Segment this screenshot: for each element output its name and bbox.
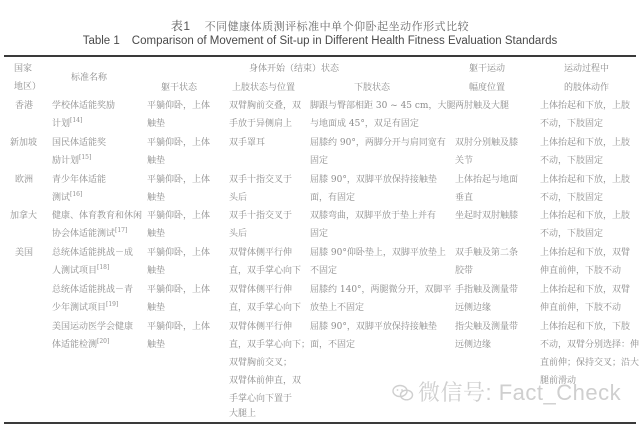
header-country-line1: 国家 <box>14 60 32 78</box>
cell-torso: 触垫 <box>147 115 165 133</box>
cell-motion: 不动，下肢固定 <box>540 152 603 170</box>
cell-lower: 不固定 <box>310 262 337 280</box>
cell-country: 美国 <box>15 244 33 262</box>
table-number-en: Table 1 <box>83 35 120 47</box>
cell-upper: 大腿上 <box>229 405 256 423</box>
cell-standard: 少年测试项目[19] <box>52 299 118 317</box>
reference-marker: [15] <box>79 154 91 161</box>
cell-country: 新加坡 <box>10 134 37 152</box>
cell-upper: 头后 <box>229 225 247 243</box>
cell-torso: 触垫 <box>147 225 165 243</box>
top-rule <box>4 55 636 57</box>
cell-motion: 不动，下肢固定 <box>540 115 603 133</box>
cell-lower: 屈膝约 140°，两腿微分开，双脚平 <box>310 281 452 299</box>
cell-lower: 放垫上不固定 <box>310 299 364 317</box>
cell-country: 香港 <box>15 97 33 115</box>
cell-standard: 学校体适能奖励 <box>52 97 115 115</box>
cell-motion: 上体抬起和下放，上肢 <box>540 134 630 152</box>
cell-lower: 屈膝 90°，双脚平放保持接触垫 <box>310 318 437 336</box>
cell-lower: 屈膝约 90°，两脚分开与肩同宽有 <box>310 134 446 152</box>
cell-motion: 不动，下肢固定 <box>540 225 603 243</box>
cell-upper: 直，双手掌心向下 <box>229 299 301 317</box>
cell-upper: 直，双手掌心向下； <box>229 336 310 354</box>
cell-standard: 国民体适能奖 <box>52 134 106 152</box>
cell-country: 欧洲 <box>15 171 33 189</box>
cell-motion: 上体抬起和下放，上肢 <box>540 171 630 189</box>
cell-amplitude: 双肘分别触及膝 <box>455 134 518 152</box>
table-caption-cn: 不同健康体质测评标准中单个仰卧起坐动作形式比较 <box>205 20 470 33</box>
cell-torso: 触垫 <box>147 299 165 317</box>
cell-amplitude: 垂直 <box>455 189 473 207</box>
cell-standard: 协会体适能测试[17] <box>52 225 127 243</box>
cell-motion: 伸直前伸，下肢不动 <box>540 262 621 280</box>
cell-upper: 双臂体侧平行伸 <box>229 244 292 262</box>
header-amplitude-line2: 幅度位置 <box>469 79 505 97</box>
header-lower-limb: 下肢状态 <box>354 79 390 97</box>
cell-torso: 触垫 <box>147 189 165 207</box>
cell-amplitude: 胶带 <box>455 262 473 280</box>
cell-upper: 直，双手掌心向下 <box>229 262 301 280</box>
cell-country: 加拿大 <box>10 207 37 225</box>
cell-standard: 美国运动医学会健康 <box>52 318 133 336</box>
cell-amplitude: 上体抬起与地面 <box>455 171 518 189</box>
reference-marker: [14] <box>70 117 82 124</box>
cell-upper: 头后 <box>229 189 247 207</box>
cell-standard: 励计划[15] <box>52 152 91 170</box>
cell-standard: 总统体适能挑战－成 <box>52 244 133 262</box>
cell-torso: 平躺仰卧，上体 <box>147 134 210 152</box>
cell-amplitude: 两肘触及大腿 <box>455 97 509 115</box>
cell-standard: 体适能检测[20] <box>52 336 109 354</box>
reference-marker: [19] <box>106 301 118 308</box>
cell-motion: 上体抬起和下放，双臂 <box>540 281 630 299</box>
cell-upper: 双手罩耳 <box>229 134 265 152</box>
cell-torso: 触垫 <box>147 152 165 170</box>
header-upper-limb: 上肢状态与位置 <box>232 79 295 97</box>
cell-amplitude: 双手触及第二条 <box>455 244 518 262</box>
cell-lower: 与地面成 45°，双足有固定 <box>310 115 419 133</box>
cell-upper: 双手十指交叉于 <box>229 207 292 225</box>
header-motion-line2: 的肢体动作 <box>564 79 609 97</box>
watermark: 微信号: Fact_Check <box>392 376 621 407</box>
cell-lower: 屈膝 90°，双脚平放保持接触垫 <box>310 171 437 189</box>
table-title-cn: 表1不同健康体质测评标准中单个仰卧起坐动作形式比较 <box>0 17 640 34</box>
cell-torso: 平躺仰卧，上体 <box>147 97 210 115</box>
cell-standard: 测试[16] <box>52 189 82 207</box>
cell-motion: 上体抬起和下放，下肢 <box>540 318 630 336</box>
cell-lower: 双膝弯曲，双脚平放于垫上并有 <box>310 207 436 225</box>
bottom-rule <box>4 422 636 424</box>
cell-torso: 平躺仰卧，上体 <box>147 244 210 262</box>
header-amplitude-line1: 躯干运动 <box>469 60 505 78</box>
cell-upper: 手放于异侧肩上 <box>229 115 292 133</box>
cell-upper: 双手十指交叉于 <box>229 171 292 189</box>
cell-lower: 屈膝 90°仰卧垫上，双脚平放垫上 <box>310 244 446 262</box>
reference-marker: [17] <box>115 227 127 234</box>
cell-upper: 双臂胸前交叠，双 <box>229 97 301 115</box>
header-country-line2: 地区） <box>14 78 41 96</box>
cell-amplitude: 关节 <box>455 152 473 170</box>
cell-lower: 面，有固定 <box>310 189 355 207</box>
cell-torso: 平躺仰卧，上体 <box>147 318 210 336</box>
cell-standard: 青少年体适能 <box>52 171 106 189</box>
cell-amplitude: 指尖触及测量带 <box>455 318 518 336</box>
table-caption-en: Comparison of Movement of Sit-up in Diff… <box>132 35 558 47</box>
cell-lower: 固定 <box>310 225 328 243</box>
cell-motion: 上体抬起和下放，上肢 <box>540 97 630 115</box>
cell-upper: 双臂胸前交叉； <box>229 354 292 372</box>
cell-lower: 面，不固定 <box>310 336 355 354</box>
cell-amplitude: 手指触及测量带 <box>455 281 518 299</box>
cell-motion: 伸直前伸，下肢不动 <box>540 299 621 317</box>
cell-lower: 固定 <box>310 152 328 170</box>
cell-torso: 平躺仰卧，上体 <box>147 207 210 225</box>
cell-upper: 双臂体侧平行伸 <box>229 281 292 299</box>
header-motion-line1: 运动过程中 <box>564 60 609 78</box>
cell-torso: 触垫 <box>147 262 165 280</box>
cell-lower: 脚跟与臀部相距 30 ~ 45 cm，大腿 <box>310 97 455 115</box>
cell-torso: 平躺仰卧，上体 <box>147 281 210 299</box>
cell-motion: 不动，双臂分别选择：伸 <box>540 336 639 354</box>
cell-motion: 上体抬起和下放，上肢 <box>540 207 630 225</box>
table-number-cn: 表1 <box>171 19 191 33</box>
reference-marker: [18] <box>97 264 109 271</box>
header-standard: 标准名称 <box>71 69 107 87</box>
cell-amplitude: 远侧边缘 <box>455 299 491 317</box>
cell-torso: 触垫 <box>147 336 165 354</box>
cell-standard: 人测试项目[18] <box>52 262 109 280</box>
header-body-state-group: 身体开始（结束）状态 <box>249 60 339 78</box>
cell-motion: 上体抬起和下放，双臂 <box>540 244 630 262</box>
reference-marker: [20] <box>97 338 109 345</box>
reference-marker: [16] <box>70 191 82 198</box>
wechat-icon <box>392 382 414 400</box>
cell-amplitude: 远侧边缘 <box>455 336 491 354</box>
watermark-text: 微信号: Fact_Check <box>418 380 621 405</box>
cell-motion: 直前伸；保持交叉；沿大 <box>540 354 639 372</box>
cell-upper: 双臂体侧平行伸 <box>229 318 292 336</box>
cell-amplitude: 坐起时双肘触膝 <box>455 207 518 225</box>
cell-standard: 健康、体育教育和休闲 <box>52 207 142 225</box>
cell-upper: 双臂体前伸直，双 <box>229 372 301 390</box>
header-torso: 躯干状态 <box>161 79 197 97</box>
cell-motion: 不动，下肢固定 <box>540 189 603 207</box>
cell-standard: 计划[14] <box>52 115 82 133</box>
cell-standard: 总统体适能挑战－青 <box>52 281 133 299</box>
cell-torso: 平躺仰卧，上体 <box>147 171 210 189</box>
table-title-en: Table 1Comparison of Movement of Sit-up … <box>0 35 640 47</box>
